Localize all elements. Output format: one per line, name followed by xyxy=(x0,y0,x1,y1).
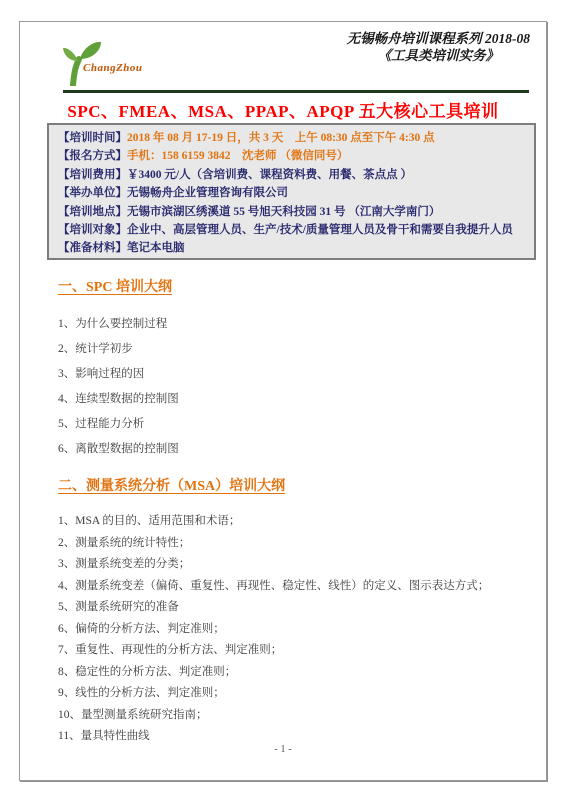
info-row: 【培训地点】无锡市滨湖区绣溪道 55 号旭天科技园 31 号 （江南大学南门） xyxy=(58,203,528,221)
info-row: 【报名方式】手机：158 6159 3842 沈老师 （微信同号） xyxy=(58,147,528,165)
info-row-value: 无锡畅舟企业管理咨询有限公司 xyxy=(127,187,288,199)
section-item-list: 1、为什么要控制过程2、统计学初步3、影响过程的因4、连续型数据的控制图5、过程… xyxy=(58,312,532,462)
header-divider xyxy=(63,90,529,93)
outline-item: 2、测量系统的统计特性； xyxy=(58,533,532,555)
info-row: 【培训时间】2018 年 08 月 17-19 日，共 3 天 上午 08:30… xyxy=(58,129,528,147)
info-row-value: ￥3400 元/人（含培训费、课程资料费、用餐、茶点点 ） xyxy=(127,169,412,181)
info-row-value: 笔记本电脑 xyxy=(127,242,185,254)
info-row: 【培训费用】￥3400 元/人（含培训费、课程资料费、用餐、茶点点 ） xyxy=(58,166,528,184)
outline-item: 5、过程能力分析 xyxy=(58,412,532,437)
info-row-label: 【培训地点】 xyxy=(58,206,127,218)
info-row-label: 【报名方式】 xyxy=(58,150,127,162)
info-row-value: 2018 年 08 月 17-19 日，共 3 天 上午 08:30 点至下午 … xyxy=(127,132,435,144)
info-row: 【举办单位】无锡畅舟企业管理咨询有限公司 xyxy=(58,184,528,202)
outline-item: 9、线性的分析方法、判定准则； xyxy=(58,683,532,705)
outline-item: 3、测量系统变差的分类； xyxy=(58,554,532,576)
info-row: 【培训对象】企业中、高层管理人员、生产/技术/质量管理人员及骨干和需要自我提升人… xyxy=(58,221,528,239)
course-title: SPC、FMEA、MSA、PPAP、APQP 五大核心工具培训 xyxy=(20,101,546,123)
info-row: 【准备材料】笔记本电脑 xyxy=(58,239,528,257)
company-logo: ChangZhou ChangZhou xyxy=(62,38,192,88)
info-row-value: 企业中、高层管理人员、生产/技术/质量管理人员及骨干和需要自我提升人员 xyxy=(127,224,513,236)
outline-item: 2、统计学初步 xyxy=(58,337,532,362)
outline-item: 10、量型测量系统研究指南； xyxy=(58,705,532,727)
info-row-label: 【培训对象】 xyxy=(58,224,127,236)
info-row-label: 【准备材料】 xyxy=(58,242,127,254)
page-number: - 1 - xyxy=(20,744,546,755)
series-subtitle: 《工具类培训实务》 xyxy=(347,47,530,64)
series-title: 无锡畅舟培训课程系列 2018-08 xyxy=(347,30,530,47)
outline-item: 8、稳定性的分析方法、判定准则； xyxy=(58,662,532,684)
document-page: ChangZhou ChangZhou 无锡畅舟培训课程系列 2018-08 《… xyxy=(19,21,547,781)
outline-item: 3、影响过程的因 xyxy=(58,362,532,387)
outline-item: 6、偏倚的分析方法、判定准则； xyxy=(58,619,532,641)
outline-sections: 一、SPC 培训大纲1、为什么要控制过程2、统计学初步3、影响过程的因4、连续型… xyxy=(58,278,532,748)
outline-section: 二、测量系统分析（MSA）培训大纲1、MSA 的目的、适用范围和术语；2、测量系… xyxy=(58,477,532,748)
info-row-value: 无锡市滨湖区绣溪道 55 号旭天科技园 31 号 （江南大学南门） xyxy=(127,206,440,218)
outline-item: 4、连续型数据的控制图 xyxy=(58,387,532,412)
info-row-label: 【举办单位】 xyxy=(58,187,127,199)
outline-item: 6、离散型数据的控制图 xyxy=(58,437,532,462)
outline-item: 7、重复性、再现性的分析方法、判定准则； xyxy=(58,640,532,662)
section-heading: 一、SPC 培训大纲 xyxy=(58,278,532,298)
outline-item: 1、MSA 的目的、适用范围和术语； xyxy=(58,511,532,533)
info-row-label: 【培训时间】 xyxy=(58,132,127,144)
course-info-box: 【培训时间】2018 年 08 月 17-19 日，共 3 天 上午 08:30… xyxy=(47,123,536,260)
section-item-list: 1、MSA 的目的、适用范围和术语；2、测量系统的统计特性；3、测量系统变差的分… xyxy=(58,511,532,748)
header-series-block: 无锡畅舟培训课程系列 2018-08 《工具类培训实务》 xyxy=(347,30,530,64)
outline-section: 一、SPC 培训大纲1、为什么要控制过程2、统计学初步3、影响过程的因4、连续型… xyxy=(58,278,532,462)
document-header: ChangZhou ChangZhou 无锡畅舟培训课程系列 2018-08 《… xyxy=(20,22,546,90)
info-row-value: 手机：158 6159 3842 沈老师 （微信同号） xyxy=(127,150,348,162)
logo-text-reflection: ChangZhou xyxy=(83,65,143,72)
section-heading: 二、测量系统分析（MSA）培训大纲 xyxy=(58,477,532,497)
outline-item: 4、测量系统变差（偏倚、重复性、再现性、稳定性、线性）的定义、图示表达方式； xyxy=(58,576,532,598)
info-row-label: 【培训费用】 xyxy=(58,169,127,181)
outline-item: 1、为什么要控制过程 xyxy=(58,312,532,337)
outline-item: 5、测量系统研究的准备 xyxy=(58,597,532,619)
